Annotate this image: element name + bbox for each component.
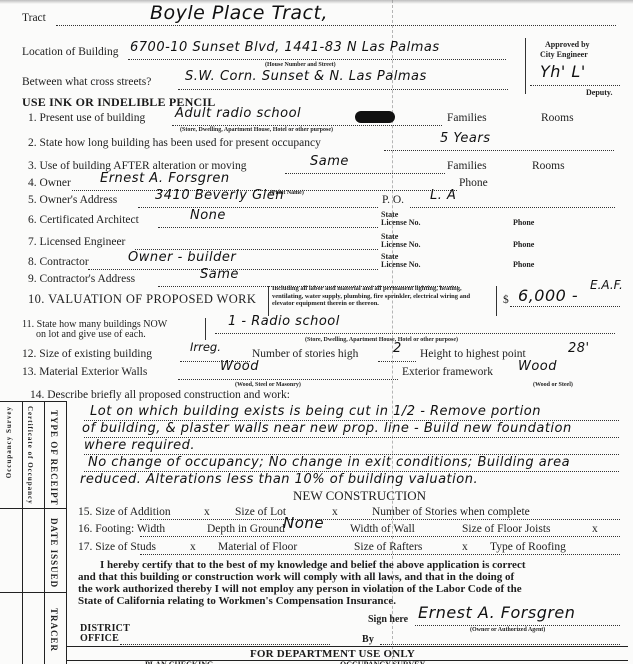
- item4-label: 4. Owner: [28, 177, 71, 189]
- footer-rule-top: [66, 646, 628, 647]
- location-line: [128, 59, 506, 60]
- sidebar-certificate-occupancy: Certificate of Occupancy: [26, 406, 34, 505]
- sidebar-row-rule-1: [0, 508, 66, 509]
- item7-phone-label: Phone: [513, 240, 534, 249]
- item6-label: 6. Certificated Architect: [28, 214, 139, 226]
- item16-joists-x: x: [592, 523, 598, 535]
- sidebar-row-rule-2: [0, 592, 66, 593]
- item1-line: [172, 125, 442, 126]
- item11-value: 1 - Radio school: [228, 314, 340, 329]
- item2-label: 2. State how long building has been used…: [28, 137, 321, 149]
- approval-label: Approved by: [545, 40, 590, 49]
- item13-line: [178, 379, 398, 380]
- sidebar-top-rule: [0, 401, 66, 402]
- item17-line: [140, 554, 620, 555]
- by-line: [380, 644, 620, 645]
- location-label: Location of Building: [22, 46, 118, 58]
- item14-label: 14. Describe briefly all proposed constr…: [30, 389, 290, 401]
- item10-line: [510, 306, 620, 307]
- item15-lot-label: Size of Lot: [235, 506, 286, 518]
- item13-value: Wood: [220, 359, 259, 374]
- sign-hint: (Owner or Authorized Agent): [470, 627, 545, 633]
- item5-line: [138, 207, 378, 208]
- item6-value: None: [190, 208, 226, 223]
- dept-use-heading: FOR DEPARTMENT USE ONLY: [250, 648, 415, 660]
- item10-bracket-right: [496, 286, 497, 316]
- sidebar-divider-1: [22, 401, 23, 664]
- item10-currency: $: [503, 294, 509, 306]
- item12-value: Irreg.: [190, 340, 221, 354]
- item3-families-label: Families: [447, 160, 487, 172]
- item2-line: [384, 150, 614, 151]
- item1-families-label: Families: [447, 112, 487, 124]
- cert-line-1: I hereby certify that to the best of my …: [100, 559, 526, 571]
- item17-rafters-x: x: [462, 541, 468, 553]
- owner-signature: Ernest A. Forsgren: [418, 603, 575, 622]
- item4-phone-label: Phone: [459, 177, 488, 189]
- item10-initials: E.A.F.: [590, 278, 623, 292]
- redaction-mark: [355, 111, 395, 123]
- item12-stories-line: [378, 361, 416, 362]
- item16-label: 16. Footing: Width: [78, 523, 165, 535]
- item5-po-line: [410, 207, 615, 208]
- item7-label: 7. Licensed Engineer: [28, 236, 125, 248]
- by-label: By: [362, 634, 374, 645]
- sidebar-divider-3: [66, 401, 67, 664]
- item14-line-2: of building, & plaster walls near new pr…: [82, 421, 572, 436]
- item11-hint: (Store, Dwelling, Apartment House, Hotel…: [305, 337, 458, 343]
- item7-license-label: License No.: [381, 240, 421, 249]
- tract-value: Boyle Place Tract,: [150, 2, 328, 24]
- item8-value: Owner - builder: [128, 250, 236, 265]
- item3-rooms-label: Rooms: [532, 160, 565, 172]
- approval-line: [530, 85, 620, 86]
- item14-line-4: No change of occupancy; No change in exi…: [88, 455, 570, 470]
- sidebar-tracer: TRACER: [49, 608, 59, 652]
- deputy-label: Deputy.: [586, 88, 612, 97]
- tract-line: [56, 25, 616, 26]
- item13-framework-label: Exterior framework: [402, 366, 493, 378]
- item12-stories-label: Number of stories high: [252, 348, 358, 360]
- item3-value: Same: [310, 154, 349, 169]
- permit-page: Tract Boyle Place Tract, Location of Bui…: [0, 0, 633, 664]
- cert-line-2: and that this building or construction w…: [78, 571, 514, 583]
- item10-label: 10. VALUATION OF PROPOSED WORK: [28, 292, 256, 307]
- item15-stories-label: Number of Stories when complete: [372, 506, 530, 518]
- item1-value: Adult radio school: [175, 106, 301, 121]
- cross-streets-label: Between what cross streets?: [22, 76, 151, 88]
- item15-x: x: [204, 506, 210, 518]
- item10-value: 6,000 -: [518, 286, 578, 305]
- item4-value: Ernest A. Forsgren: [100, 171, 230, 186]
- tract-label: Tract: [22, 12, 46, 24]
- item1-hint: (Store, Dwelling, Apartment House, Hotel…: [180, 127, 333, 133]
- item15-lot-x: x: [332, 506, 338, 518]
- item15-line: [140, 519, 620, 520]
- sidebar-type-of-receipt: TYPE OF RECEIPT: [49, 410, 59, 506]
- item13-hint: (Wood, Steel or Masonry): [235, 382, 301, 388]
- item8-license-label: License No.: [381, 260, 421, 269]
- item16-line: [140, 536, 620, 537]
- cross-streets-value: S.W. Corn. Sunset & N. Las Palmas: [185, 69, 427, 84]
- approval-bracket: [525, 38, 526, 94]
- item8-phone-label: Phone: [513, 260, 534, 269]
- item5-value: 3410 Beverly Glen: [155, 188, 284, 203]
- plan-checking-label: PLAN CHECKING: [145, 660, 213, 664]
- item12-stories-value: 2: [393, 341, 402, 356]
- item16-depth-label: Depth in Ground: [207, 523, 285, 535]
- cross-streets-line: [178, 89, 508, 90]
- item6-phone-label: Phone: [513, 218, 534, 227]
- item14-line-1: Lot on which building exists is being cu…: [90, 404, 541, 419]
- item9-value: Same: [200, 267, 239, 282]
- item6-line: [158, 227, 378, 228]
- item16-joists-label: Size of Floor Joists: [462, 523, 551, 535]
- sign-here-label: Sign here: [368, 614, 408, 625]
- item12-height-label: Height to highest point: [420, 348, 526, 360]
- item3-line: [285, 173, 445, 174]
- item10-bracket-left: [268, 286, 269, 316]
- item8-label: 8. Contractor: [28, 256, 89, 268]
- sidebar-divider-2: [44, 401, 45, 664]
- item1-rooms-label: Rooms: [541, 112, 574, 124]
- sidebar-date-issued: DATE ISSUED: [49, 518, 59, 588]
- item16-wall-label: Width of Wall: [350, 523, 415, 535]
- item10-note: Including all labor and material and all…: [272, 285, 494, 308]
- city-engineer-label: City Engineer: [540, 50, 588, 59]
- item12-label: 12. Size of existing building: [22, 348, 152, 360]
- cert-line-3: the work authorized thereby I will not e…: [78, 583, 522, 595]
- item15-label: 15. Size of Addition: [78, 506, 171, 518]
- item17-roofing-label: Type of Roofing: [490, 541, 566, 553]
- item2-value: 5 Years: [440, 131, 491, 146]
- occupancy-survey-label: OCCUPANCY SURVEY: [340, 660, 425, 664]
- item13-framework-hint: (Wood or Steel): [533, 382, 573, 388]
- item14-line-5: reduced. Alterations less than 10% of bu…: [80, 472, 478, 487]
- item12-height-value: 28': [568, 341, 590, 356]
- item1-label: 1. Present use of building: [28, 112, 145, 124]
- district-label-2: OFFICE: [80, 633, 119, 644]
- location-hint: (House Number and Street): [265, 62, 336, 68]
- item5-label: 5. Owner's Address: [28, 194, 117, 206]
- item13-framework-value: Wood: [518, 359, 557, 374]
- item11-line: [215, 333, 615, 334]
- item5-po-value: L. A: [430, 188, 456, 203]
- item14-line-3: where required.: [84, 438, 195, 453]
- sidebar-occupancy-survey: Occupancy Survey: [5, 406, 13, 478]
- item11-bracket: [205, 318, 206, 340]
- item16-value: None: [283, 514, 324, 532]
- item11-label-2: on lot and give use of each.: [36, 329, 146, 340]
- item17-studs-x: x: [190, 541, 196, 553]
- item13-label: 13. Material Exterior Walls: [22, 366, 147, 378]
- new-construction-heading: NEW CONSTRUCTION: [293, 488, 426, 504]
- item17-rafters-label: Size of Rafters: [354, 541, 422, 553]
- location-value: 6700-10 Sunset Blvd, 1441-83 N Las Palma…: [130, 40, 440, 55]
- item6-license-label: License No.: [381, 218, 421, 227]
- item17-label: 17. Size of Studs: [78, 541, 156, 553]
- district-line: [120, 644, 330, 645]
- item9-label: 9. Contractor's Address: [28, 273, 135, 285]
- item17-floor-label: Material of Floor: [218, 541, 297, 553]
- approval-signature: Yh' L': [540, 62, 586, 81]
- signature-line: [415, 625, 620, 626]
- item5-po-label: P. O.: [382, 194, 404, 206]
- cert-line-4: State of California relating to Workmen'…: [78, 595, 396, 607]
